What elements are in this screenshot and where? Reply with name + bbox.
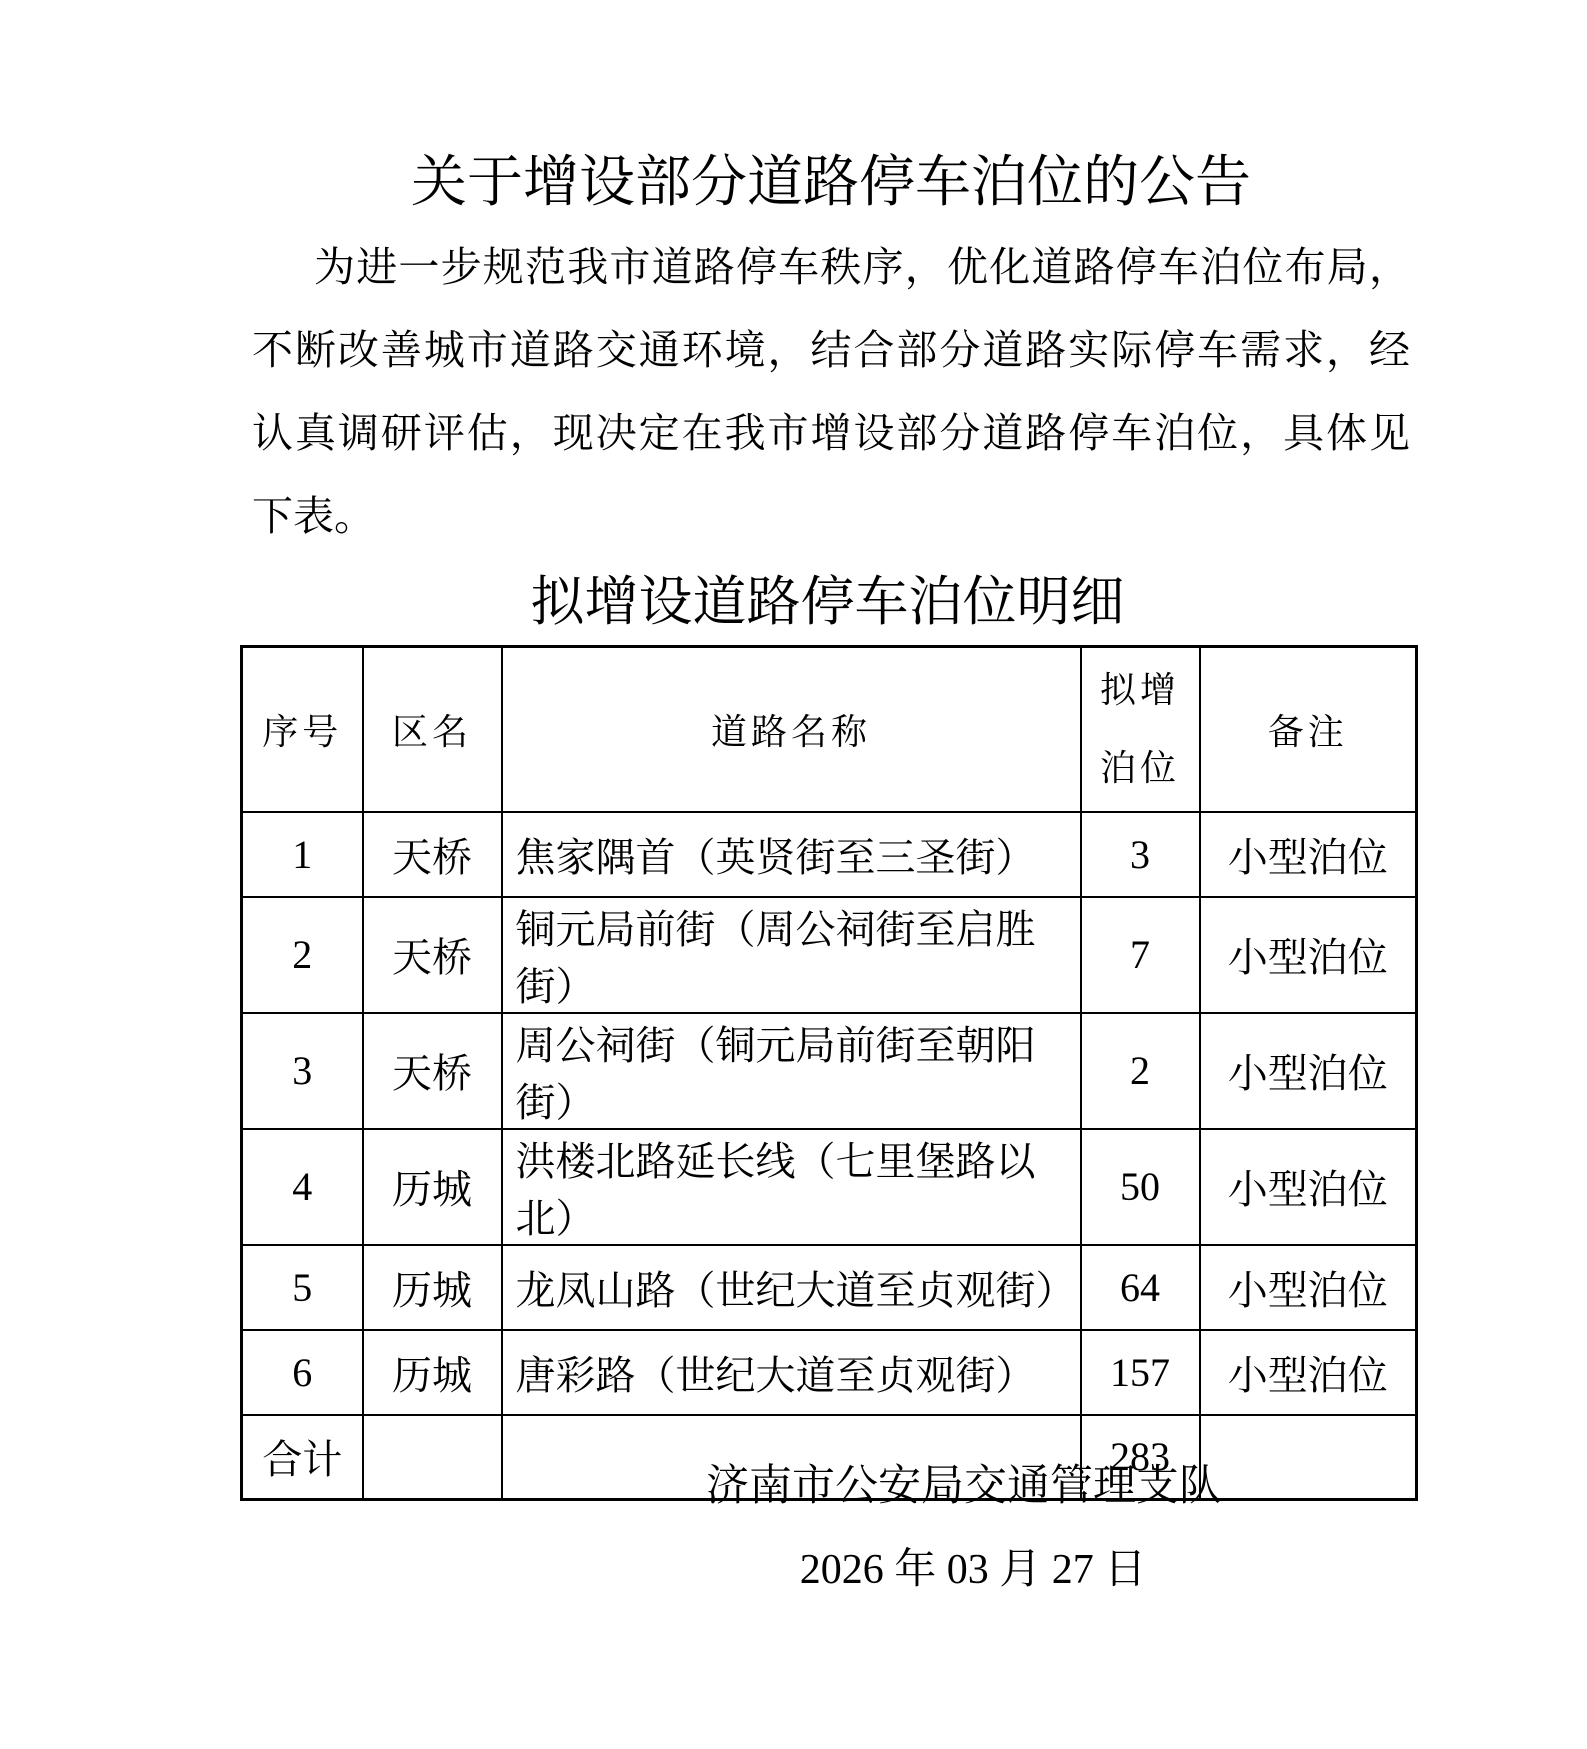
table-row: 1 天桥 焦家隅首（英贤街至三圣街） 3 小型泊位 [242, 812, 1417, 897]
page-title: 关于增设部分道路停车泊位的公告 [252, 148, 1410, 218]
document-page: 关于增设部分道路停车泊位的公告 为进一步规范我市道路停车秩序，优化道路停车泊位布… [0, 0, 1587, 1749]
cell-note: 小型泊位 [1200, 1129, 1417, 1245]
cell-road: 铜元局前街（周公祠街至启胜街） [502, 897, 1081, 1013]
paragraph-line: 不断改善城市道路交通环境，结合部分道路实际停车需求，经 [252, 309, 1410, 392]
table-header-row: 序号 区名 道路名称 拟增 泊位 备注 [242, 647, 1417, 812]
cell-road: 焦家隅首（英贤街至三圣街） [502, 812, 1081, 897]
cell-note: 小型泊位 [1200, 897, 1417, 1013]
header-cell-district: 区名 [363, 647, 502, 812]
table-row: 3 天桥 周公祠街（铜元局前街至朝阳街） 2 小型泊位 [242, 1013, 1417, 1129]
table-row: 2 天桥 铜元局前街（周公祠街至启胜街） 7 小型泊位 [242, 897, 1417, 1013]
cell-new-spaces: 50 [1081, 1129, 1200, 1245]
table-row: 5 历城 龙凤山路（世纪大道至贞观街） 64 小型泊位 [242, 1245, 1417, 1330]
issuer-signature: 济南市公安局交通管理支队 [706, 1455, 1222, 1519]
header-new-spaces-line1: 拟增 [1082, 651, 1199, 729]
header-cell-road: 道路名称 [502, 647, 1081, 812]
paragraph-line: 为进一步规范我市道路停车秩序，优化道路停车泊位布局， [252, 226, 1410, 309]
header-cell-note: 备注 [1200, 647, 1417, 812]
cell-new-spaces: 3 [1081, 812, 1200, 897]
cell-new-spaces: 7 [1081, 897, 1200, 1013]
cell-seq: 2 [242, 897, 363, 1013]
issue-date: 2026 年 03 月 27 日 [800, 1538, 1147, 1602]
cell-road: 周公祠街（铜元局前街至朝阳街） [502, 1013, 1081, 1129]
table-row: 4 历城 洪楼北路延长线（七里堡路以北） 50 小型泊位 [242, 1129, 1417, 1245]
cell-total-label: 合计 [242, 1415, 363, 1500]
cell-road: 洪楼北路延长线（七里堡路以北） [502, 1129, 1081, 1245]
table-caption: 拟增设道路停车泊位明细 [240, 571, 1415, 633]
cell-seq: 6 [242, 1330, 363, 1415]
cell-seq: 1 [242, 812, 363, 897]
table-row: 6 历城 唐彩路（世纪大道至贞观街） 157 小型泊位 [242, 1330, 1417, 1415]
cell-new-spaces: 2 [1081, 1013, 1200, 1129]
body-paragraph: 为进一步规范我市道路停车秩序，优化道路停车泊位布局， 不断改善城市道路交通环境，… [252, 226, 1410, 558]
cell-district: 天桥 [363, 1013, 502, 1129]
header-new-spaces-line2: 泊位 [1082, 729, 1199, 807]
cell-note: 小型泊位 [1200, 1330, 1417, 1415]
cell-district [363, 1415, 502, 1500]
cell-note: 小型泊位 [1200, 812, 1417, 897]
paragraph-line: 下表。 [252, 475, 1410, 558]
cell-district: 历城 [363, 1129, 502, 1245]
cell-district: 历城 [363, 1245, 502, 1330]
header-cell-new-spaces: 拟增 泊位 [1081, 647, 1200, 812]
header-cell-seq: 序号 [242, 647, 363, 812]
cell-seq: 4 [242, 1129, 363, 1245]
cell-seq: 5 [242, 1245, 363, 1330]
cell-district: 天桥 [363, 897, 502, 1013]
cell-note: 小型泊位 [1200, 1013, 1417, 1129]
cell-note: 小型泊位 [1200, 1245, 1417, 1330]
cell-new-spaces: 64 [1081, 1245, 1200, 1330]
cell-road: 龙凤山路（世纪大道至贞观街） [502, 1245, 1081, 1330]
cell-note [1200, 1415, 1417, 1500]
cell-district: 历城 [363, 1330, 502, 1415]
cell-road: 唐彩路（世纪大道至贞观街） [502, 1330, 1081, 1415]
parking-spaces-table: 序号 区名 道路名称 拟增 泊位 备注 1 天桥 焦家隅首（英贤街至三圣街） 3… [240, 645, 1418, 1501]
cell-district: 天桥 [363, 812, 502, 897]
paragraph-line: 认真调研评估，现决定在我市增设部分道路停车泊位，具体见 [252, 392, 1410, 475]
cell-seq: 3 [242, 1013, 363, 1129]
cell-new-spaces: 157 [1081, 1330, 1200, 1415]
